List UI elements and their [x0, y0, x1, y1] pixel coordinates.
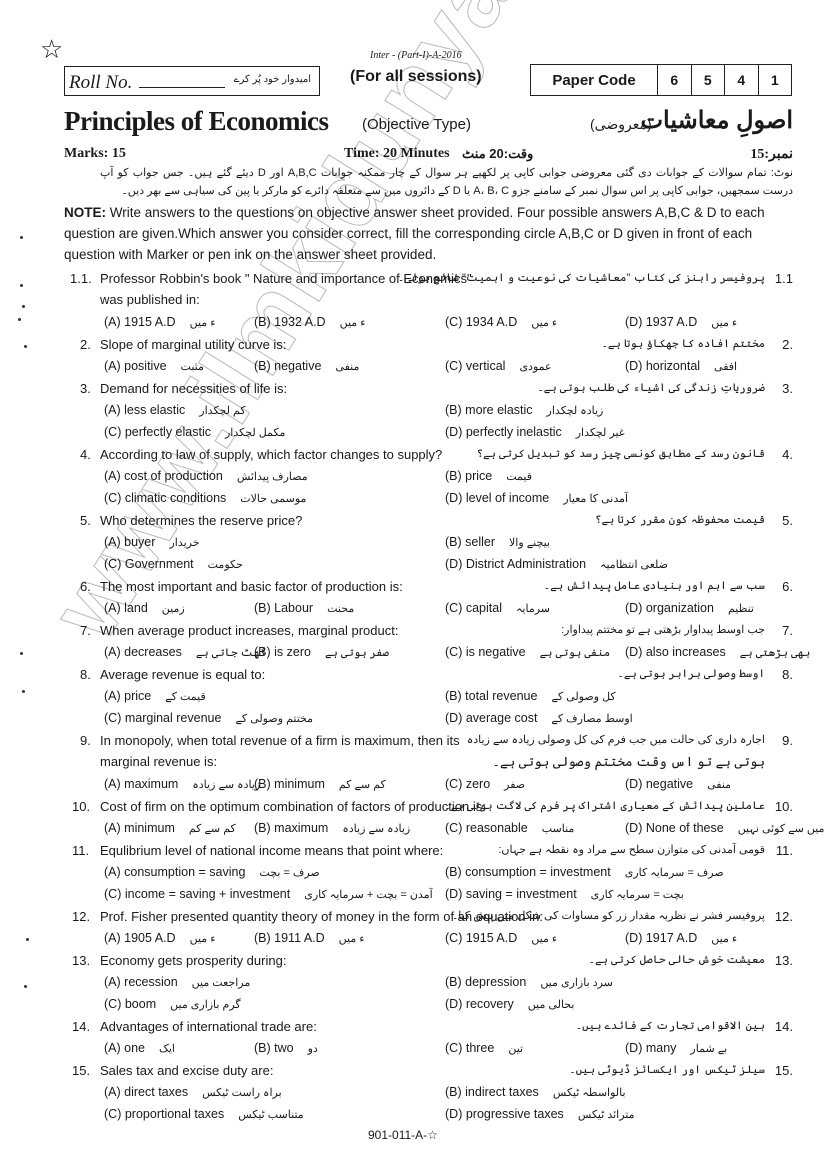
option-label: (C) — [104, 557, 121, 571]
option-text-urdu: بچت = سرمایہ کاری — [591, 889, 684, 901]
option-label: (C) — [445, 601, 462, 615]
sessions-label: (For all sessions) — [350, 68, 482, 86]
option-b[interactable]: (B) sellerبیچنے والا — [445, 535, 550, 549]
option-text: consumption = investment — [465, 865, 611, 879]
option-text: negative — [646, 777, 693, 791]
option-label: (A) — [104, 975, 121, 989]
option-a[interactable]: (A) recessionمراجعت میں — [104, 975, 250, 989]
question-header: 2.Slope of marginal utility curve is:مخت… — [0, 334, 825, 356]
option-d[interactable]: (D) District Administrationضلعی انتظامیہ — [445, 557, 668, 571]
option-text: decreases — [124, 645, 182, 659]
option-text-urdu: متناسب ٹیکس — [238, 1109, 303, 1121]
option-text-urdu: آمدنی کا معیار — [563, 493, 628, 505]
option-c[interactable]: (C) is negativeمنفی ہوتی ہے — [445, 645, 610, 659]
question-4: 4.According to law of supply, which fact… — [0, 444, 825, 510]
option-label: (B) — [445, 1085, 462, 1099]
option-label: (B) — [254, 645, 271, 659]
options-row: (A) oneایک(B) twoدو(C) threeتین(D) manyب… — [0, 1038, 825, 1060]
question-text-urdu: جب اوسط پیداوار بڑھتی ہے تو مختتم پیداوا… — [561, 623, 765, 636]
option-d[interactable]: (D) manyبے شمار — [625, 1041, 727, 1055]
option-label: (A) — [104, 359, 121, 373]
roll-urdu-instruction: امیدوار خود پُر کرے — [234, 74, 311, 85]
question-number-urdu: 2. — [782, 337, 793, 352]
question-text: Average revenue is equal to: — [100, 667, 265, 682]
question-text-urdu-line2: ہوتی ہے تو اس وقت مختتم وصولی ہوتی ہے۔ — [492, 754, 765, 770]
roll-label: Roll No. — [69, 72, 132, 94]
option-text-urdu: کم سے کم — [189, 823, 236, 835]
option-text: saving = investment — [466, 887, 577, 901]
option-text: price — [465, 469, 492, 483]
paper-code-digit: 1 — [759, 65, 792, 95]
options-row: (A) direct taxesبراہ راست ٹیکس(B) indire… — [0, 1082, 825, 1104]
time-allowed: Time: 20 Minutes — [344, 146, 450, 162]
option-text: average cost — [466, 711, 538, 725]
option-text-urdu: ء میں — [190, 933, 216, 945]
option-d[interactable]: (D) level of incomeآمدنی کا معیار — [445, 491, 628, 505]
option-a[interactable]: (A) cost of productionمصارف پیدائش — [104, 469, 308, 483]
question-header: 1.1.Professor Robbin's book " Nature and… — [0, 268, 825, 290]
option-text: is zero — [274, 645, 311, 659]
option-a[interactable]: (A) minimumکم سے کم — [104, 821, 236, 835]
margin-speck — [18, 318, 21, 321]
question-12: 12.Prof. Fisher presented quantity theor… — [0, 906, 825, 950]
question-number-urdu: 9. — [782, 733, 793, 748]
option-c[interactable]: (C) proportional taxesمتناسب ٹیکس — [104, 1107, 304, 1121]
option-d[interactable]: (D) average costاوسط مصارف کے — [445, 711, 633, 725]
options-row: (A) maximumزیادہ سے زیادہ(B) minimumکم س… — [0, 774, 825, 796]
option-text: seller — [465, 535, 495, 549]
option-d[interactable]: (D) progressive taxesمترائد ٹیکس — [445, 1107, 635, 1121]
option-text-urdu: غیر لچکدار — [576, 427, 625, 439]
option-d[interactable]: (D) horizontalافقی — [625, 359, 737, 373]
question-number: 3. — [80, 381, 91, 396]
margin-speck — [26, 938, 29, 941]
option-d[interactable]: (D) 1937 A.Dء میں — [625, 315, 737, 329]
question-header: 5.Who determines the reserve price?قیمت … — [0, 510, 825, 532]
option-text-urdu: کم سے کم — [339, 779, 386, 791]
option-text-urdu: صرف = سرمایہ کاری — [625, 867, 724, 879]
question-13: 13.Economy gets prosperity during:معیشت … — [0, 950, 825, 1016]
option-label: (B) — [445, 403, 462, 417]
option-text: negative — [274, 359, 321, 373]
option-text-urdu: زیادہ لچکدار — [547, 405, 604, 417]
option-b[interactable]: (B) is zeroصفر ہوتی ہے — [254, 645, 389, 659]
option-text: cost of production — [124, 469, 223, 483]
question-text: When average product increases, marginal… — [100, 623, 398, 638]
option-text: 1911 A.D — [274, 931, 325, 945]
option-label: (D) — [445, 887, 462, 901]
option-a[interactable]: (A) 1915 A.Dء میں — [104, 315, 215, 329]
option-label: (B) — [254, 777, 271, 791]
option-d[interactable]: (D) perfectly inelasticغیر لچکدار — [445, 425, 625, 439]
option-text: maximum — [124, 777, 178, 791]
option-a[interactable]: (A) direct taxesبراہ راست ٹیکس — [104, 1085, 282, 1099]
option-text-urdu: زیادہ سے زیادہ — [192, 779, 260, 791]
option-label: (C) — [104, 1107, 121, 1121]
option-text: many — [646, 1041, 677, 1055]
option-label: (D) — [445, 997, 462, 1011]
option-text-urdu: بیچنے والا — [509, 537, 550, 549]
option-d[interactable]: (D) 1917 A.Dء میں — [625, 931, 737, 945]
option-text-urdu: مصارف پیدائش — [237, 471, 308, 483]
option-text-urdu: افقی — [714, 361, 737, 373]
question-header: 13.Economy gets prosperity during:معیشت … — [0, 950, 825, 972]
option-text: District Administration — [466, 557, 586, 571]
exam-line: Inter - (Part-I)-A-2016 — [370, 50, 462, 61]
paper-type: (Objective Type) — [362, 116, 471, 133]
option-text: vertical — [466, 359, 506, 373]
option-text-urdu: بھی بڑھتی ہے — [740, 647, 811, 659]
question-number-urdu: 15. — [775, 1063, 793, 1078]
option-label: (C) — [445, 1041, 462, 1055]
option-text: recovery — [466, 997, 514, 1011]
option-text: consumption = saving — [124, 865, 245, 879]
option-text-urdu: مثبت — [181, 361, 204, 373]
question-14: 14.Advantages of international trade are… — [0, 1016, 825, 1060]
option-text-urdu: خریدار — [169, 537, 199, 549]
option-text-urdu: ء میں — [711, 317, 737, 329]
option-text-urdu: بالواسطہ ٹیکس — [553, 1087, 626, 1099]
option-label: (C) — [445, 931, 462, 945]
option-text-urdu: ضلعی انتظامیہ — [600, 559, 668, 571]
options-row: (A) landزمین(B) Labourمحنت(C) capitalسرم… — [0, 598, 825, 620]
options-row: (A) decreasesگھٹ جاتی ہے(B) is zeroصفر ہ… — [0, 642, 825, 664]
option-b[interactable]: (B) indirect taxesبالواسطہ ٹیکس — [445, 1085, 626, 1099]
question-header: 9.In monopoly, when total revenue of a f… — [0, 730, 825, 752]
question-text-urdu: اوسط وصولی برابر ہوتی ہے۔ — [617, 667, 765, 680]
option-text-urdu: کل وصولی کے — [551, 691, 615, 703]
option-label: (C) — [104, 711, 121, 725]
option-label: (C) — [445, 821, 462, 835]
question-number: 7. — [80, 623, 91, 638]
question-header: 6.The most important and basic factor of… — [0, 576, 825, 598]
option-text: boom — [125, 997, 156, 1011]
question-6: 6.The most important and basic factor of… — [0, 576, 825, 620]
roll-number-box: Roll No. امیدوار خود پُر کرے — [64, 66, 320, 96]
question-number: 10. — [72, 799, 90, 814]
option-text-urdu: براہ راست ٹیکس — [202, 1087, 282, 1099]
question-text: Cost of firm on the optimum combination … — [100, 799, 486, 814]
option-b[interactable]: (B) Labourمحنت — [254, 601, 354, 615]
option-label: (D) — [625, 821, 642, 835]
option-a[interactable]: (A) less elasticکم لچکدار — [104, 403, 246, 417]
option-label: (D) — [445, 425, 462, 439]
question-header: 3.Demand for necessities of life is:ضرور… — [0, 378, 825, 400]
option-c[interactable]: (C) 1915 A.Dء میں — [445, 931, 557, 945]
question-text-urdu: اجارہ داری کی حالت میں جب فرم کی کل وصول… — [467, 733, 765, 746]
paper-code-digit: 6 — [658, 65, 692, 95]
option-text-urdu: تین — [508, 1043, 523, 1055]
option-label: (D) — [625, 359, 642, 373]
option-text-urdu: صرف = بچت — [259, 867, 319, 879]
option-label: (A) — [104, 1085, 121, 1099]
paper-title-urdu: اصولِ معاشیات — [640, 106, 793, 135]
question-number-urdu: 11. — [776, 843, 793, 858]
option-b[interactable]: (B) 1932 A.Dء میں — [254, 315, 365, 329]
option-d[interactable]: (D) None of theseان میں سے کوئی نہیں — [625, 821, 825, 835]
question-number-urdu: 10. — [775, 799, 793, 814]
option-text: total revenue — [465, 689, 537, 703]
paper-code-label: Paper Code — [531, 65, 658, 95]
option-text-urdu: زیادہ سے زیادہ — [342, 823, 410, 835]
question-header: 4.According to law of supply, which fact… — [0, 444, 825, 466]
question-text: Advantages of international trade are: — [100, 1019, 317, 1034]
question-text-urdu: عاملین پیدائش کے معیاری اشتراک پر فرم کی… — [444, 799, 765, 812]
option-a[interactable]: (A) positiveمثبت — [104, 359, 204, 373]
options-row: (C) marginal revenueمختتم وصولی کے(D) av… — [0, 708, 825, 730]
option-text: minimum — [124, 821, 175, 835]
option-label: (B) — [254, 359, 271, 373]
option-a[interactable]: (A) priceقیمت کے — [104, 689, 206, 703]
option-text: reasonable — [466, 821, 528, 835]
question-number: 15. — [72, 1063, 90, 1078]
option-c[interactable]: (C) climatic conditionsموسمی حالات — [104, 491, 306, 505]
question-header: 12.Prof. Fisher presented quantity theor… — [0, 906, 825, 928]
option-label: (C) — [445, 645, 462, 659]
question-text: According to law of supply, which factor… — [100, 447, 442, 462]
option-b[interactable]: (B) total revenueکل وصولی کے — [445, 689, 616, 703]
option-label: (B) — [445, 865, 462, 879]
option-label: (A) — [104, 469, 121, 483]
option-text-urdu: سرد بازاری میں — [540, 977, 613, 989]
option-c[interactable]: (C) reasonableمناسب — [445, 821, 574, 835]
question-number: 1.1. — [70, 271, 92, 286]
option-label: (C) — [445, 359, 462, 373]
option-label: (A) — [104, 535, 121, 549]
option-label: (D) — [625, 777, 642, 791]
option-b[interactable]: (B) maximumزیادہ سے زیادہ — [254, 821, 410, 835]
options-row: (C) perfectly elasticمکمل لچکدار(D) perf… — [0, 422, 825, 444]
option-label: (B) — [254, 601, 271, 615]
option-text-urdu: منفی ہوتی ہے — [540, 647, 611, 659]
margin-speck — [24, 345, 27, 348]
option-text-urdu: گرم بازاری میں — [170, 999, 241, 1011]
question-number: 13. — [72, 953, 90, 968]
option-a[interactable]: (A) consumption = savingصرف = بچت — [104, 865, 320, 879]
option-text-urdu: ء میں — [531, 933, 557, 945]
option-text-urdu: مختتم وصولی کے — [235, 713, 313, 725]
option-text-urdu: مراجعت میں — [192, 977, 251, 989]
question-text-line2: was published in: — [100, 292, 200, 307]
margin-speck — [20, 652, 23, 655]
question-number: 2. — [80, 337, 91, 352]
paper-code-digit: 5 — [692, 65, 726, 95]
question-text-urdu: پروفیسر رابنز کی کتاب "معاشیات کی نوعیت … — [398, 271, 765, 284]
option-label: (A) — [104, 1041, 121, 1055]
option-text-urdu: ایک — [159, 1043, 175, 1055]
option-text-urdu: منفی — [335, 361, 359, 373]
roll-number-field[interactable] — [139, 87, 225, 88]
question-text-urdu: سیلز ٹیکس اور ایکسائز ڈیوٹی ہیں۔ — [569, 1063, 765, 1076]
option-text: positive — [124, 359, 166, 373]
option-label: (A) — [104, 777, 121, 791]
question-3: 3.Demand for necessities of life is:ضرور… — [0, 378, 825, 444]
star-icon: ☆ — [40, 36, 63, 62]
question-text-urdu: مختتم افادہ کا جھکاؤ ہوتا ہے۔ — [601, 337, 765, 350]
option-text-urdu: ان میں سے کوئی نہیں — [738, 823, 825, 835]
option-text-urdu: قیمت — [506, 471, 532, 483]
question-2: 2.Slope of marginal utility curve is:مخت… — [0, 334, 825, 378]
option-text-urdu: حکومت — [208, 559, 243, 571]
paper-code-box: Paper Code 6 5 4 1 — [530, 64, 792, 96]
option-text: also increases — [646, 645, 726, 659]
option-label: (C) — [104, 887, 121, 901]
option-c[interactable]: (C) income = saving + investmentآمدن = ب… — [104, 887, 433, 901]
option-b[interactable]: (B) consumption = investmentصرف = سرمایہ… — [445, 865, 724, 879]
question-text: Who determines the reserve price? — [100, 513, 302, 528]
option-c[interactable]: (C) perfectly elasticمکمل لچکدار — [104, 425, 285, 439]
option-text-urdu: عمودی — [519, 361, 551, 373]
marks: Marks: 15 — [64, 146, 126, 162]
option-text: zero — [466, 777, 490, 791]
option-b[interactable]: (B) more elasticزیادہ لچکدار — [445, 403, 603, 417]
question-number: 12. — [72, 909, 90, 924]
options-row: (A) 1905 A.Dء میں(B) 1911 A.Dء میں(C) 19… — [0, 928, 825, 950]
question-list: 1.1.Professor Robbin's book " Nature and… — [0, 268, 825, 1126]
option-label: (A) — [104, 645, 121, 659]
question-text: Slope of marginal utility curve is: — [100, 337, 286, 352]
option-label: (A) — [104, 689, 121, 703]
option-a[interactable]: (A) decreasesگھٹ جاتی ہے — [104, 645, 266, 659]
option-text-urdu: ء میں — [711, 933, 737, 945]
option-text: horizontal — [646, 359, 700, 373]
option-text: two — [274, 1041, 293, 1055]
option-c[interactable]: (C) verticalعمودی — [445, 359, 552, 373]
option-a[interactable]: (A) 1905 A.Dء میں — [104, 931, 215, 945]
question-number: 8. — [80, 667, 91, 682]
option-text: Government — [125, 557, 194, 571]
margin-speck — [20, 284, 23, 287]
option-text: None of these — [646, 821, 724, 835]
option-text: level of income — [466, 491, 549, 505]
option-label: (C) — [104, 997, 121, 1011]
option-d[interactable]: (D) also increasesبھی بڑھتی ہے — [625, 645, 810, 659]
option-a[interactable]: (A) maximumزیادہ سے زیادہ — [104, 777, 260, 791]
question-number: 6. — [80, 579, 91, 594]
option-d[interactable]: (D) saving = investmentبچت = سرمایہ کاری — [445, 887, 684, 901]
question-header: 8.Average revenue is equal to:اوسط وصولی… — [0, 664, 825, 686]
question-text-urdu: قیمت محفوظہ کون مقرر کرتا ہے؟ — [595, 513, 765, 526]
option-text: 1932 A.D — [274, 315, 325, 329]
option-text: indirect taxes — [465, 1085, 539, 1099]
question-text-urdu: پروفیسر فشر نے نظریہ مقدار زر کو مساوات … — [452, 909, 765, 922]
question-text-continued: was published in: — [0, 290, 825, 312]
option-text-urdu: ء میں — [339, 933, 365, 945]
option-d[interactable]: (D) negativeمنفی — [625, 777, 731, 791]
option-text: price — [124, 689, 151, 703]
option-text: direct taxes — [124, 1085, 188, 1099]
question-8: 8.Average revenue is equal to:اوسط وصولی… — [0, 664, 825, 730]
option-label: (B) — [254, 1041, 271, 1055]
question-text-urdu: بین الاقوامی تجارت کے فائدے ہیں۔ — [576, 1019, 765, 1032]
option-c[interactable]: (C) zeroصفر — [445, 777, 525, 791]
footer-code: 901-011-A-☆ — [368, 1128, 438, 1142]
option-text-urdu: سرمایہ — [516, 603, 550, 615]
options-row: (A) less elasticکم لچکدار(B) more elasti… — [0, 400, 825, 422]
question-number-urdu: 6. — [782, 579, 793, 594]
option-d[interactable]: (D) organizationتنظیم — [625, 601, 754, 615]
option-c[interactable]: (C) Governmentحکومت — [104, 557, 243, 571]
option-d[interactable]: (D) recoveryبحالی میں — [445, 997, 574, 1011]
option-text: 1915 A.D — [466, 931, 517, 945]
option-text-urdu: کم لچکدار — [199, 405, 245, 417]
option-text: is negative — [466, 645, 526, 659]
option-label: (B) — [254, 821, 271, 835]
option-text: organization — [646, 601, 714, 615]
option-b[interactable]: (B) minimumکم سے کم — [254, 777, 386, 791]
question-7: 7.When average product increases, margin… — [0, 620, 825, 664]
question-text-urdu: قانون رسد کے مطابق کونسی چیز رسد کو تبدی… — [477, 447, 765, 460]
paper-code-digit: 4 — [725, 65, 759, 95]
option-text: capital — [466, 601, 502, 615]
options-row: (A) cost of productionمصارف پیدائش(B) pr… — [0, 466, 825, 488]
note-text: Write answers to the questions on object… — [64, 205, 765, 262]
options-row: (A) consumption = savingصرف = بچت(B) con… — [0, 862, 825, 884]
option-text: land — [124, 601, 148, 615]
question-number-urdu: 8. — [782, 667, 793, 682]
option-text-urdu: صفر ہوتی ہے — [325, 647, 389, 659]
option-text-urdu: آمدن = بچت + سرمایہ کاری — [304, 889, 432, 901]
question-text-urdu: ضروریاتِ زندگی کی اشیاء کی طلب ہوتی ہے۔ — [537, 381, 765, 394]
option-b[interactable]: (B) depressionسرد بازاری میں — [445, 975, 613, 989]
options-row: (A) 1915 A.Dء میں(B) 1932 A.Dء میں(C) 19… — [0, 312, 825, 334]
option-text: maximum — [274, 821, 328, 835]
question-text-urdu: سب سے اہم اور بنیادی عامل پیدائش ہے۔ — [544, 579, 765, 592]
option-text-urdu: تنظیم — [728, 603, 754, 615]
option-label: (C) — [445, 315, 462, 329]
option-label: (B) — [445, 975, 462, 989]
option-text-urdu: ء میں — [531, 317, 557, 329]
option-text-urdu: صفر — [504, 779, 525, 791]
option-a[interactable]: (A) oneایک — [104, 1041, 175, 1055]
question-5: 5.Who determines the reserve price?قیمت … — [0, 510, 825, 576]
option-label: (D) — [625, 315, 642, 329]
option-label: (C) — [445, 777, 462, 791]
option-text: Labour — [274, 601, 313, 615]
option-c[interactable]: (C) marginal revenueمختتم وصولی کے — [104, 711, 313, 725]
question-number-urdu: 7. — [782, 623, 793, 638]
question-number-urdu: 12. — [775, 909, 793, 924]
option-text-urdu: مترائد ٹیکس — [578, 1109, 635, 1121]
option-c[interactable]: (C) boomگرم بازاری میں — [104, 997, 241, 1011]
option-b[interactable]: (B) 1911 A.Dء میں — [254, 931, 365, 945]
note-label: NOTE: — [64, 205, 106, 220]
option-c[interactable]: (C) capitalسرمایہ — [445, 601, 550, 615]
option-b[interactable]: (B) twoدو — [254, 1041, 318, 1055]
options-row: (A) buyerخریدار(B) sellerبیچنے والا — [0, 532, 825, 554]
question-number-urdu: 13. — [775, 953, 793, 968]
option-a[interactable]: (A) buyerخریدار — [104, 535, 200, 549]
option-b[interactable]: (B) priceقیمت — [445, 469, 532, 483]
question-number: 9. — [80, 733, 91, 748]
option-text-urdu: مکمل لچکدار — [225, 427, 285, 439]
question-number: 11. — [72, 843, 89, 858]
option-label: (A) — [104, 931, 121, 945]
options-row: (A) positiveمثبت(B) negativeمنفی(C) vert… — [0, 356, 825, 378]
option-label: (D) — [625, 645, 642, 659]
question-number: 14. — [72, 1019, 90, 1034]
option-text: 1934 A.D — [466, 315, 517, 329]
option-label: (A) — [104, 865, 121, 879]
option-c[interactable]: (C) 1934 A.Dء میں — [445, 315, 557, 329]
option-c[interactable]: (C) threeتین — [445, 1041, 523, 1055]
option-text: progressive taxes — [466, 1107, 564, 1121]
option-b[interactable]: (B) negativeمنفی — [254, 359, 359, 373]
option-text: perfectly elastic — [125, 425, 211, 439]
marks-urdu: نمبر:15 — [750, 146, 793, 163]
option-label: (B) — [254, 315, 271, 329]
option-a[interactable]: (A) landزمین — [104, 601, 185, 615]
